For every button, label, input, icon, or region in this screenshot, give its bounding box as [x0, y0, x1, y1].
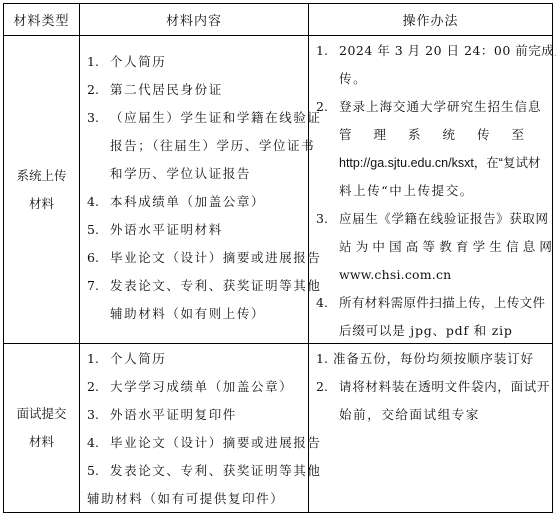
- list-item: 2.请将材料装在透明文件袋内，面试开: [316, 373, 548, 401]
- header-procedure: 操作办法: [309, 4, 552, 35]
- item-number: 4.: [87, 429, 110, 457]
- list-item: 2.第二代居民身份证: [87, 76, 304, 104]
- upload-method-list: 1.2024 年 3 月 20 日 24：00 前完成上 传。 2.登录上海交通…: [309, 37, 552, 345]
- materials-table: 材料类型 材料内容 操作办法 系统上传 材料 1.个人简历 2.第二代居民身份证…: [3, 3, 553, 513]
- item-number: 3.: [87, 401, 110, 429]
- item-number: 3.: [316, 205, 339, 233]
- type-line: 面试提交: [16, 400, 66, 428]
- item-text: （应届生）学生证和学籍在线验证: [110, 104, 322, 132]
- list-item: 1.个人简历: [87, 345, 304, 373]
- item-number: 4.: [87, 188, 110, 216]
- item-number: 1.: [87, 345, 110, 373]
- item-number: 2.: [87, 373, 110, 401]
- upload-content-list: 1.个人简历 2.第二代居民身份证 3.（应届生）学生证和学籍在线验证 报告；（…: [80, 48, 308, 328]
- list-item: 4.本科成绩单（加盖公章）: [87, 188, 304, 216]
- item-text: 发表论文、专利、获奖证明等其他: [110, 457, 322, 485]
- item-number: 2.: [316, 93, 339, 121]
- item-text: 登录上海交通大学研究生招生信息: [339, 93, 542, 121]
- interview-content-list: 1.个人简历 2.大学学习成绩单（加盖公章） 3.外语水平证明复印件 4.毕业论…: [80, 345, 308, 513]
- list-item: 5.外语水平证明材料: [87, 216, 304, 244]
- type-line: 材料: [29, 190, 54, 218]
- item-number: 2.: [316, 373, 339, 401]
- list-item: 4.毕业论文（设计）摘要或进展报告: [87, 429, 304, 457]
- list-item: 4.所有材料需原件扫描上传，上传文件: [316, 289, 548, 317]
- item-text-continued: 站为中国高等教育学生信息网: [316, 233, 548, 261]
- list-item: 2.登录上海交通大学研究生招生信息: [316, 93, 548, 121]
- item-text: 请将材料装在透明文件袋内，面试开: [339, 373, 550, 401]
- item-number: 3.: [87, 104, 110, 132]
- item-text: 毕业论文（设计）摘要或进展报告: [110, 244, 322, 272]
- type-line: 系统上传: [16, 162, 66, 190]
- item-number: 5.: [87, 216, 110, 244]
- item-number: 5.: [87, 457, 110, 485]
- header-material-content: 材料内容: [80, 4, 308, 35]
- item-number: 1.: [316, 345, 333, 373]
- item-number: 2.: [87, 76, 110, 104]
- row-type-interview-submit: 面试提交 材料: [4, 345, 79, 511]
- item-text-continued: 辅助材料（如有可提供复印件）: [87, 485, 304, 513]
- chsi-link[interactable]: www.chsi.com.cn: [316, 261, 548, 289]
- item-text: 本科成绩单（加盖公章）: [110, 188, 265, 216]
- list-item: 3.外语水平证明复印件: [87, 401, 304, 429]
- row-type-system-upload: 系统上传 材料: [4, 37, 79, 343]
- item-text-continued: 始前，交给面试组专家: [316, 401, 548, 429]
- item-text-continued: 报告；（往届生）学历、学位证书: [87, 132, 304, 160]
- item-number: 4.: [316, 289, 339, 317]
- item-text: 个人简历: [110, 345, 166, 373]
- item-text: 毕业论文（设计）摘要或进展报告: [110, 429, 322, 457]
- item-text: 发表论文、专利、获奖证明等其他: [110, 272, 322, 300]
- list-item: 1.个人简历: [87, 48, 304, 76]
- item-number: 6.: [87, 244, 110, 272]
- list-item: 7.发表论文、专利、获奖证明等其他: [87, 272, 304, 300]
- list-item: 6.毕业论文（设计）摘要或进展报告: [87, 244, 304, 272]
- list-item: 3.应届生《学籍在线验证报告》获取网: [316, 205, 548, 233]
- item-number: 1.: [87, 48, 110, 76]
- item-text: 个人简历: [110, 48, 166, 76]
- list-item: 5.发表论文、专利、获奖证明等其他: [87, 457, 304, 485]
- interview-method-list: 1.准备五份，每份均须按顺序装订好 2.请将材料装在透明文件袋内，面试开 始前，…: [309, 345, 552, 429]
- item-text: 第二代居民身份证: [110, 76, 223, 104]
- header-divider: [4, 35, 552, 36]
- list-item: 1.2024 年 3 月 20 日 24：00 前完成上: [316, 37, 548, 65]
- ksxt-link[interactable]: http://ga.sjtu.edu.cn/ksxt，在“复试材: [339, 156, 540, 170]
- item-text-continued: 后缀可以是 jpg、pdf 和 zip: [316, 317, 548, 345]
- item-text-continued: 料上传“中上传提交。: [316, 177, 548, 205]
- item-number: 7.: [87, 272, 110, 300]
- item-text: 应届生《学籍在线验证报告》获取网: [339, 205, 549, 233]
- item-text-continued: 辅助材料（如有则上传）: [87, 300, 304, 328]
- item-text: 所有材料需原件扫描上传，上传文件: [339, 289, 545, 317]
- item-text-continued: 传。: [316, 65, 548, 93]
- item-text-continued: 和学历、学位认证报告: [87, 160, 304, 188]
- item-text-continued[interactable]: http://ga.sjtu.edu.cn/ksxt，在“复试材: [316, 149, 548, 177]
- list-item: 3.（应届生）学生证和学籍在线验证: [87, 104, 304, 132]
- item-text: 外语水平证明材料: [110, 216, 223, 244]
- list-item: 1.准备五份，每份均须按顺序装订好: [316, 345, 548, 373]
- header-material-type: 材料类型: [4, 4, 79, 35]
- item-text-continued: 管理系统传至: [316, 121, 548, 149]
- list-item: 2.大学学习成绩单（加盖公章）: [87, 373, 304, 401]
- item-text: 大学学习成绩单（加盖公章）: [110, 373, 293, 401]
- type-line: 材料: [29, 428, 54, 456]
- item-text: 2024 年 3 月 20 日 24：00 前完成上: [339, 37, 556, 65]
- item-number: 1.: [316, 37, 339, 65]
- item-text: 准备五份，每份均须按顺序装订好: [333, 345, 534, 373]
- item-text: 外语水平证明复印件: [110, 401, 237, 429]
